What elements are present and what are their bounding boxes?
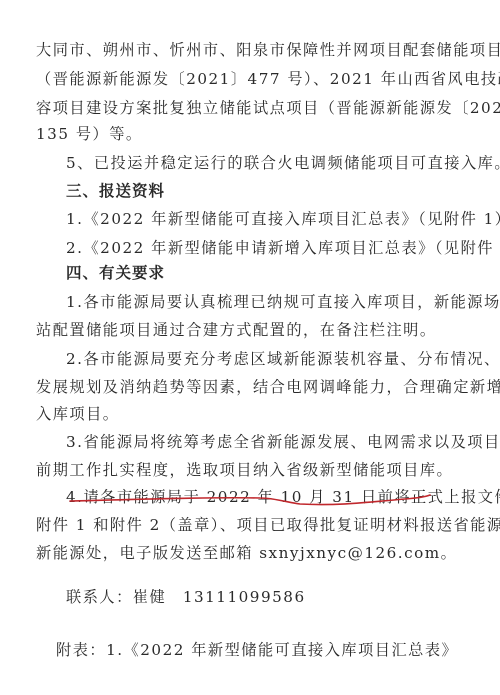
appendix-table-reference: 附表：1.《2022 年新型储能可直接入库项目汇总表》	[56, 640, 458, 660]
requirement-4-text-cont: 附件 1 和附件 2（盖章）、项目已取得批复证明材料报送省能源局	[36, 515, 500, 535]
section-heading-requirements: 四、有关要求	[66, 263, 165, 283]
section-heading-submission-materials: 三、报送资料	[66, 181, 165, 201]
body-text-line: （晋能源新能源发〔2021〕477 号）、2021 年山西省风电技改扩	[36, 69, 500, 89]
requirement-3-text-cont: 前期工作扎实程度，选取项目纳入省级新型储能项目库。	[36, 460, 453, 480]
attachment-2-reference: 2.《2022 年新型储能申请新增入库项目汇总表》（见附件 2）	[66, 238, 500, 258]
body-text-line: 大同市、朔州市、忻州市、阳泉市保障性并网项目配套储能项目	[36, 40, 500, 60]
requirement-2-text-cont: 发展规划及消纳趋势等因素，结合电网调峰能力，合理确定新增	[36, 377, 500, 397]
requirement-3-text: 3.省能源局将统筹考虑全省新能源发展、电网需求以及项目	[66, 432, 500, 452]
body-text-line: 容项目建设方案批复独立储能试点项目（晋能源新能源发〔2021〕	[36, 98, 500, 118]
requirement-4-email-text: 新能源处，电子版发送至邮箱 sxnyjxnyc@126.com。	[36, 543, 457, 563]
item-5-text: 5、已投运并稳定运行的联合火电调频储能项目可直接入库。	[66, 153, 500, 173]
body-text-line: 135 号）等。	[36, 124, 143, 144]
contact-person: 联系人：崔健 13111099586	[66, 587, 306, 607]
requirement-2-text: 2.各市能源局要充分考虑区域新能源装机容量、分布情况、	[66, 349, 500, 369]
requirement-1-text-cont: 站配置储能项目通过合建方式配置的，在备注栏注明。	[36, 320, 437, 340]
requirement-4-deadline-text: 4.请各市能源局于 2022 年 10 月 31 日前将正式上报文件、	[66, 487, 500, 507]
requirement-2-text-cont: 入库项目。	[36, 404, 119, 424]
attachment-1-reference: 1.《2022 年新型储能可直接入库项目汇总表》（见附件 1）	[66, 209, 500, 229]
requirement-1-text: 1.各市能源局要认真梳理已纳规可直接入库项目，新能源场	[66, 292, 500, 312]
